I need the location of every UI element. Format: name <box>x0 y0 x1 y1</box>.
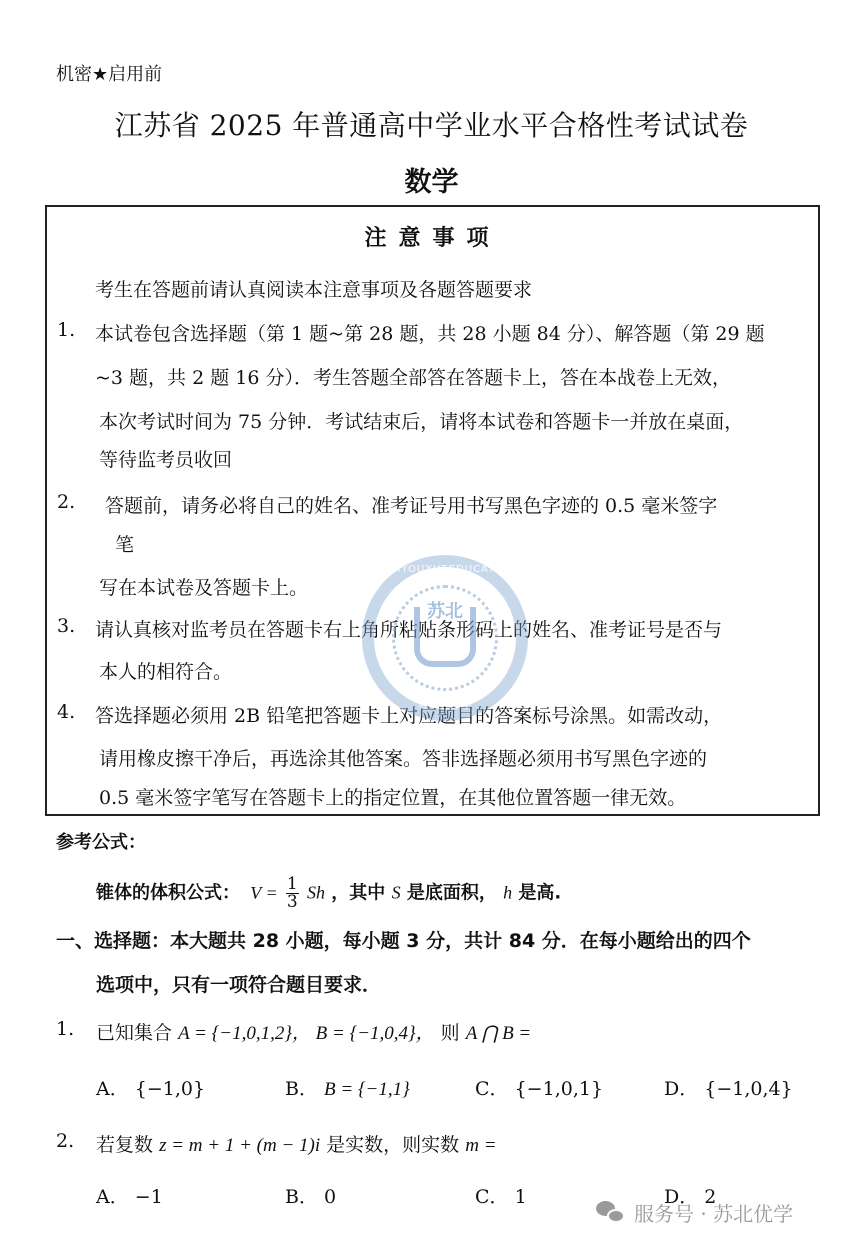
section-heading: 选项中，只有一项符合题目要求． <box>96 970 381 997</box>
stem-math: z = m + 1 + (m − 1)i <box>159 1135 320 1156</box>
option-label: D． <box>664 1078 698 1100</box>
reference-label: 参考公式： <box>56 828 146 854</box>
watermark-center-text: 苏北 <box>374 597 516 623</box>
notice-item-number: 4. <box>57 701 75 723</box>
section-heading: 一、选择题：本大题共 28 小题，每小题 3 分，共计 84 分．在每小题给出的… <box>56 926 751 953</box>
notice-item-line: 答题前，请务必将自己的姓名、准考证号用书写黑色字迹的 0.5 毫米签字 <box>105 491 717 518</box>
option-value: {−1,0,1} <box>515 1078 603 1100</box>
notice-item-line: 请用橡皮擦干净后，再选涂其他答案。答非选择题必须用书写黑色字迹的 <box>99 744 707 771</box>
option-a: A． −1 <box>96 1182 163 1209</box>
stem-text: 则 <box>441 1022 460 1044</box>
option-label: A． <box>96 1078 129 1100</box>
option-label: B． <box>285 1186 318 1208</box>
formula-var-h: h <box>503 883 512 903</box>
notice-item-line: 0.5 毫米签字笔写在答题卡上的指定位置，在其他位置答题一律无效。 <box>99 783 686 810</box>
confidential-label: 机密★启用前 <box>56 60 162 86</box>
notice-item-number: 2. <box>57 491 75 513</box>
notice-item-line: 写在本试卷及答题卡上。 <box>99 573 308 600</box>
stem-math: A = {−1,0,1,2}， B = {−1,0,4}， <box>178 1023 435 1044</box>
notice-box: 注意事项 考生在答题前请认真阅读本注意事项及各题答题要求 1. 本试卷包含选择题… <box>45 205 820 816</box>
watermark-bottom-text: 苏 北 优 学 <box>374 696 516 712</box>
option-value: B = {−1,1} <box>324 1079 410 1100</box>
notice-item-line: 笔 <box>115 530 134 557</box>
option-b: B． 0 <box>285 1182 336 1209</box>
stem-math: m = <box>465 1135 496 1156</box>
option-label: C． <box>475 1078 509 1100</box>
notice-title: 注意事项 <box>47 221 818 252</box>
formula-lhs: V = <box>250 883 277 903</box>
formula-suffix: 是高. <box>518 883 561 904</box>
stem-text: 已知集合 <box>96 1022 172 1044</box>
subject-title: 数学 <box>0 160 863 199</box>
reference-formula: 锥体的体积公式： V = 1 3 Sh ，其中 S 是底面积， h 是高. <box>96 876 561 911</box>
option-label: B． <box>285 1078 318 1100</box>
option-value: {−1,0,4} <box>704 1078 792 1100</box>
question-stem: 若复数 z = m + 1 + (m − 1)i 是实数，则实数 m = <box>96 1130 497 1157</box>
question-number: 1. <box>56 1018 74 1040</box>
exam-title: 江苏省 2025 年普通高中学业水平合格性考试试卷 <box>0 104 863 144</box>
formula-var-s: S <box>392 883 401 903</box>
option-a: A． {−1,0} <box>96 1074 205 1101</box>
notice-item-line: 本人的相符合。 <box>99 657 232 684</box>
notice-item-line: 等待监考员收回 <box>99 445 232 472</box>
notice-item-line: 本次考试时间为 75 分钟．考试结束后，请将本试卷和答题卡一并放在桌面， <box>99 407 743 434</box>
question-number: 2. <box>56 1130 74 1152</box>
notice-item-number: 3. <box>57 615 75 637</box>
fraction-denominator: 3 <box>286 894 299 911</box>
option-c: C． 1 <box>475 1182 527 1209</box>
option-value: −1 <box>135 1186 163 1208</box>
formula-prefix: 锥体的体积公式： <box>96 883 240 904</box>
watermark-logo: UBEIYOUXUEEDUCATION 苏北 苏 北 优 学 <box>362 555 528 721</box>
wechat-icon <box>596 1201 626 1225</box>
option-label: A． <box>96 1186 129 1208</box>
notice-intro: 考生在答题前请认真阅读本注意事项及各题答题要求 <box>95 275 532 302</box>
notice-item-line: 本试卷包含选择题（第 1 题~第 28 题，共 28 小题 84 分）、解答题（… <box>95 319 765 346</box>
option-d: D． {−1,0,4} <box>664 1074 793 1101</box>
option-value: 1 <box>515 1186 527 1208</box>
service-account-brand[interactable]: 服务号 · 苏北优学 <box>596 1198 793 1227</box>
option-c: C． {−1,0,1} <box>475 1074 603 1101</box>
stem-text: 是实数，则实数 <box>326 1134 459 1156</box>
notice-item-line: ~3 题，共 2 题 16 分）．考生答题全部答在答题卡上，答在本战卷上无效， <box>95 363 731 390</box>
brand-text: 服务号 · 苏北优学 <box>634 1198 793 1227</box>
option-label: C． <box>475 1186 509 1208</box>
formula-rhs: Sh <box>307 883 325 903</box>
watermark-ring-text: UBEIYOUXUEEDUCATION <box>374 564 516 575</box>
formula-fraction: 1 3 <box>286 876 299 911</box>
stem-math: A ⋂ B = <box>466 1023 532 1044</box>
formula-suffix: ，其中 <box>331 883 385 904</box>
question-stem: 已知集合 A = {−1,0,1,2}， B = {−1,0,4}， 则 A ⋂… <box>96 1018 531 1045</box>
option-value: 0 <box>324 1186 336 1208</box>
stem-text: 若复数 <box>96 1134 153 1156</box>
option-value: {−1,0} <box>135 1078 205 1100</box>
formula-suffix: 是底面积， <box>407 883 497 904</box>
notice-item-number: 1. <box>57 319 75 341</box>
option-b: B． B = {−1,1} <box>285 1074 410 1101</box>
